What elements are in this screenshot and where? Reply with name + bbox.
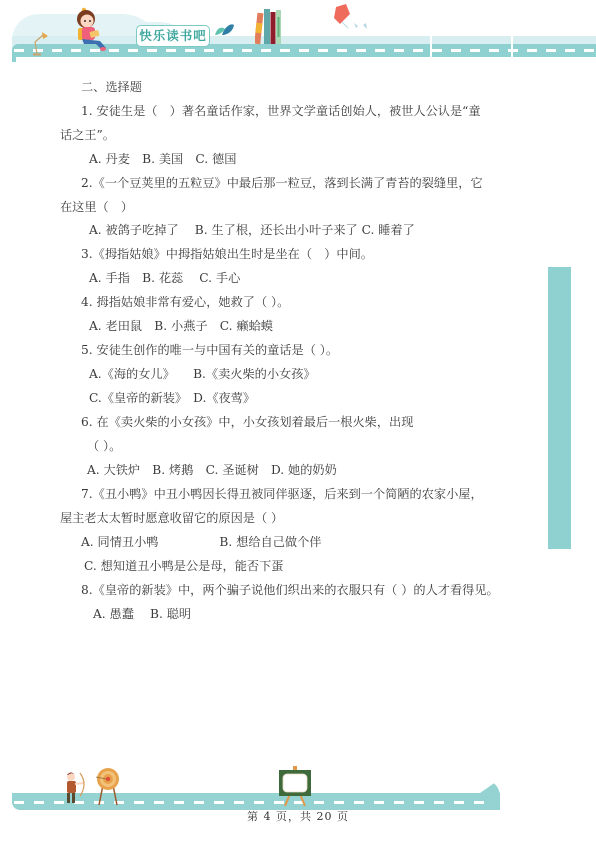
- banner-title: 快乐读书吧: [136, 25, 210, 47]
- question-3-line-1: 3.《拇指姑娘》中拇指姑娘出生时是坐在（ ）中间。: [81, 246, 373, 262]
- banner-divider: [430, 36, 432, 57]
- question-7-options-2: C. 想知道丑小鸭是公是母，能否下蛋: [84, 558, 283, 574]
- books-icon: [255, 7, 283, 45]
- question-4-options: A. 老田鼠 B. 小燕子 C. 癞蛤蟆: [89, 318, 273, 334]
- question-8-options: A. 愚蠢 B. 聪明: [93, 606, 191, 622]
- kite-icon: [330, 4, 375, 34]
- question-1-options: A. 丹麦 B. 美国 C. 德国: [89, 151, 236, 167]
- easel-board-icon: [278, 766, 312, 806]
- question-5-options-2: C.《皇帝的新装》 D.《夜莺》: [89, 390, 255, 406]
- question-6-options: A. 大铁炉 B. 烤鹅 C. 圣诞树 D. 她的奶奶: [87, 462, 337, 478]
- question-1-line-2: 话之王”。: [60, 127, 115, 143]
- banner-road-edge: [12, 56, 16, 62]
- question-4-line-1: 4. 拇指姑娘非常有爱心，她救了（ ）。: [81, 294, 289, 310]
- question-8-line-1: 8.《皇帝的新装》中，两个骗子说他们织出来的衣服只有（ ）的人才看得见。: [81, 582, 499, 598]
- girl-reading-illustration: [70, 4, 110, 52]
- question-2-line-2: 在这里（ ）: [60, 199, 133, 215]
- section-title: 二、选择题: [81, 79, 142, 95]
- question-7-line-2: 屋主老太太暂时愿意收留它的原因是（ ）: [60, 510, 283, 526]
- side-tab-decoration: [548, 267, 571, 549]
- leaf-icon: [213, 22, 235, 36]
- question-1-line-1: 1. 安徒生是（ ）著名童话作家，世界文学童话创始人，被世人公认是“童: [81, 103, 481, 119]
- question-2-line-1: 2.《一个豆荚里的五粒豆》中最后那一粒豆，落到长满了青苔的裂缝里，它: [81, 175, 483, 191]
- question-6-line-1: 6. 在《卖火柴的小女孩》中，小女孩划着最后一根火柴，出现: [81, 414, 413, 430]
- page-indicator: 第 4 页，共 20 页: [0, 808, 596, 824]
- question-5-options-1: A.《海的女儿》 B.《卖火柴的小女孩》: [89, 366, 316, 382]
- question-5-line-1: 5. 安徒生创作的唯一与中国有关的童话是（ ）。: [81, 342, 338, 358]
- desk-lamp-icon: [30, 30, 50, 56]
- question-6-line-2: （ ）。: [87, 438, 121, 454]
- question-3-options: A. 手指 B. 花蕊 C. 手心: [89, 270, 240, 286]
- question-7-options-1: A. 同情丑小鸭 B. 想给自己做个伴: [81, 534, 321, 550]
- banner-divider: [511, 36, 513, 57]
- question-7-line-1: 7.《丑小鸭》中丑小鸭因长得丑被同伴驱逐，后来到一个简陋的农家小屋，: [81, 486, 483, 502]
- question-2-options: A. 被鸽子吃掉了 B. 生了根，还长出小叶子来了 C. 睡着了: [89, 222, 415, 238]
- header-banner: 快乐读书吧: [0, 0, 596, 70]
- archery-target-icon: [95, 767, 121, 807]
- archer-illustration: [62, 770, 88, 806]
